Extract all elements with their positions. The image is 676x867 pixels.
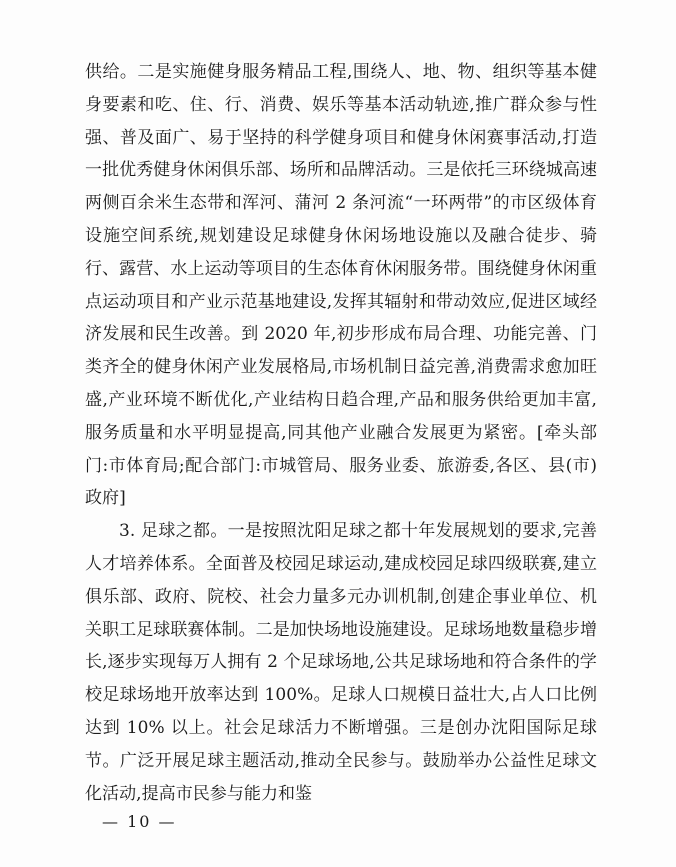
page-number: — 10 —	[102, 812, 177, 831]
paragraph-health-leisure-industry: 供给。二是实施健身服务精品工程,围绕人、地、物、组织等基本健身要素和吃、住、行、…	[85, 56, 597, 515]
paragraph-football-capital: 3. 足球之都。一是按照沈阳足球之都十年发展规划的要求,完善人才培养体系。全面普…	[85, 515, 597, 810]
document-text-block: 供给。二是实施健身服务精品工程,围绕人、地、物、组织等基本健身要素和吃、住、行、…	[85, 56, 597, 810]
document-page: 供给。二是实施健身服务精品工程,围绕人、地、物、组织等基本健身要素和吃、住、行、…	[0, 0, 676, 867]
